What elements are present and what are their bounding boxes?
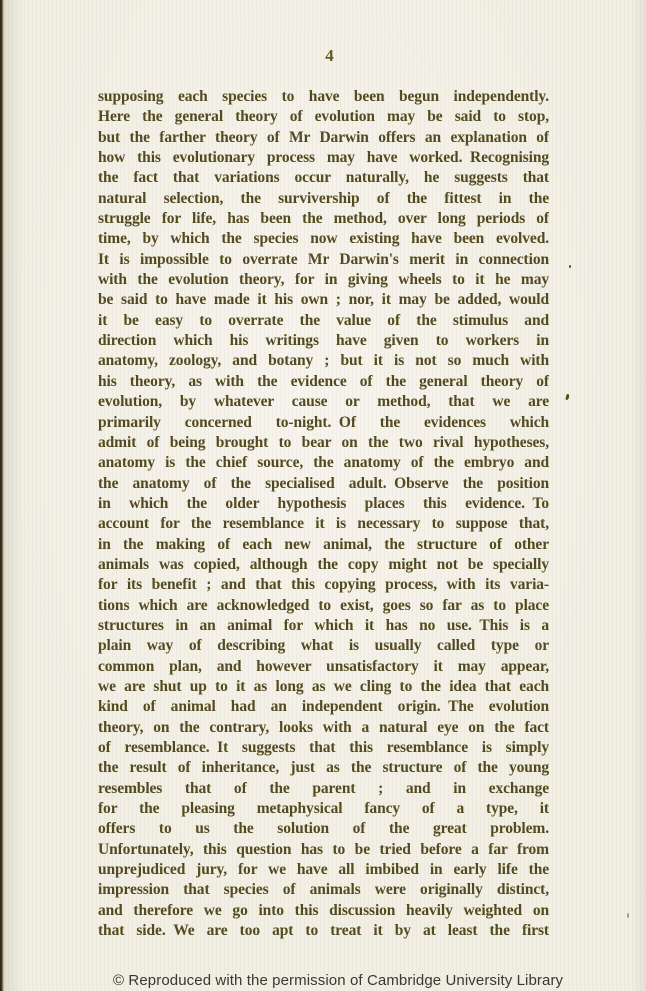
text-line: Unfortunately, this question has to be t…	[98, 840, 549, 860]
text-line: the fact that variations occur naturally…	[98, 168, 549, 188]
text-line: common plan, and however unsatisfactory …	[98, 657, 549, 677]
text-line: It is impossible to overrate Mr Darwin's…	[98, 250, 549, 270]
text-line: plain way of describing what is usually …	[98, 636, 549, 656]
text-line: animals was copied, although the copy mi…	[98, 555, 549, 575]
text-line: account for the resemblance it is necess…	[98, 514, 549, 534]
text-line: supposing each species to have been begu…	[98, 87, 549, 107]
text-line: with the evolution theory, for in giving…	[98, 270, 549, 290]
text-line: kind of animal had an independent origin…	[98, 697, 549, 717]
page-number: 4	[104, 46, 556, 66]
text-line: it be easy to overrate the value of the …	[98, 311, 549, 331]
text-line: time, by which the species now existing …	[98, 229, 549, 249]
text-line: evolution, by whatever cause or method, …	[98, 392, 549, 412]
text-line: impression that species of animals were …	[98, 880, 549, 900]
text-line: for its benefit ; and that this copying …	[98, 575, 549, 595]
text-line: unprejudiced jury, for we have all imbib…	[98, 860, 549, 880]
text-line: structures in an animal for which it has…	[98, 616, 549, 636]
text-line: be said to have made it his own ; nor, i…	[98, 290, 549, 310]
text-line: theory, on the contrary, looks with a na…	[98, 718, 549, 738]
text-line: that side. We are too apt to treat it by…	[98, 921, 549, 941]
book-page-scan: 4 supposing each species to have been be…	[0, 0, 646, 991]
text-line: of resemblance. It suggests that this re…	[98, 738, 549, 758]
page-text: supposing each species to have been begu…	[98, 87, 549, 941]
text-line: direction which his writings have given …	[98, 331, 549, 351]
text-line: primarily concerned to-night. Of the evi…	[98, 413, 549, 433]
text-line: anatomy, zoology, and botany ; but it is…	[98, 351, 549, 371]
text-line: for the pleasing metaphysical fancy of a…	[98, 799, 549, 819]
text-line: in the making of each new animal, the st…	[98, 535, 549, 555]
copyright-credit: © Reproduced with the permission of Camb…	[113, 972, 563, 989]
text-line: offers to us the solution of the great p…	[98, 819, 549, 839]
binding-edge-shadow	[0, 0, 4, 991]
text-line: anatomy is the chief source, the anatomy…	[98, 453, 549, 473]
text-line: Here the general theory of evolution may…	[98, 107, 549, 127]
text-line: in which the older hypothesis places thi…	[98, 494, 549, 514]
text-line: the anatomy of the specialised adult. Ob…	[98, 474, 549, 494]
text-line: how this evolutionary process may have w…	[98, 148, 549, 168]
ink-speck	[565, 394, 569, 401]
text-line: and therefore we go into this discussion…	[98, 901, 549, 921]
text-line: we are shut up to it as long as we cling…	[98, 677, 549, 697]
ink-speck	[627, 913, 629, 918]
text-line: admit of being brought to bear on the tw…	[98, 433, 549, 453]
text-line: tions which are acknowledged to exist, g…	[98, 596, 549, 616]
text-line: but the farther theory of Mr Darwin offe…	[98, 128, 549, 148]
text-line: the result of inheritance, just as the s…	[98, 758, 549, 778]
ink-speck	[569, 265, 571, 268]
text-line: natural selection, the survivership of t…	[98, 189, 549, 209]
text-line: resembles that of the parent ; and in ex…	[98, 779, 549, 799]
text-line: his theory, as with the evidence of the …	[98, 372, 549, 392]
text-line: struggle for life, has been the method, …	[98, 209, 549, 229]
